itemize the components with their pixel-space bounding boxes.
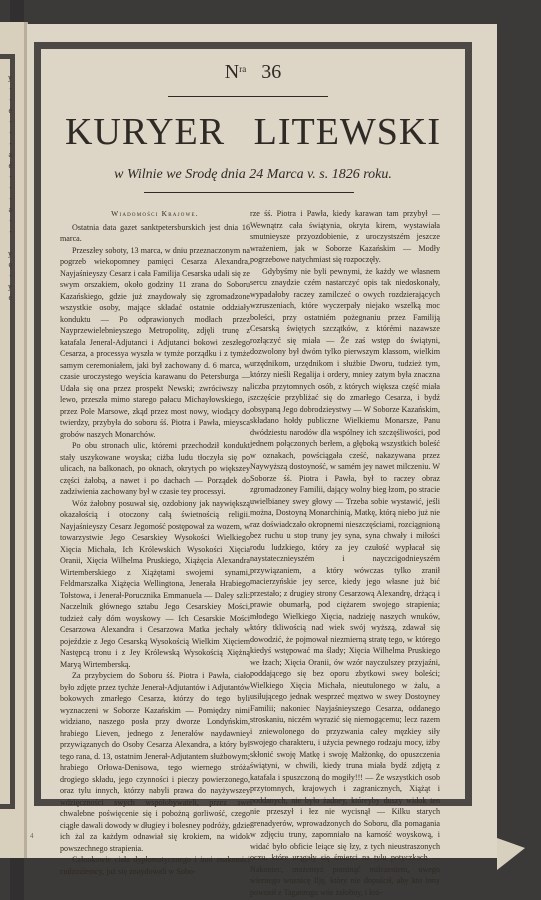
left-page-text-fragments: y - - é - - - a é - - - a - - y ę - y é <box>0 72 12 303</box>
issue-number: Nra 36 <box>44 61 462 84</box>
masthead-rule-bottom <box>144 192 354 193</box>
issue-number-prefix: N <box>225 61 239 83</box>
column-left: Wiadomości Krajowe. Ostatnia data gazet … <box>60 208 250 877</box>
issue-number-sup: ra <box>239 64 246 74</box>
page-content: Nra 36 KURYER LITEWSKI w Wilnie we Srodę… <box>44 52 462 796</box>
paragraph: Po obu stronach ulic, któremi przechodzi… <box>60 440 250 498</box>
dateline: w Wilnie we Srodę dnia 24 Marca v. s. 18… <box>44 167 462 183</box>
paragraph: Wóz żałobny posuwał się, ozdobiony jak n… <box>60 498 250 671</box>
paragraph: Przeszłey soboty, 13 marca, w dniu przez… <box>60 245 250 441</box>
newspaper-title: KURYER LITEWSKI <box>44 110 462 154</box>
paragraph: rze śś. Piotra i Pawła, kiedy karawan ta… <box>250 208 440 266</box>
issue-number-value: 36 <box>261 61 281 83</box>
section-heading: Wiadomości Krajowe. <box>60 208 250 220</box>
masthead-rule-top <box>168 96 328 97</box>
paragraph: Członkowie ciała dyplomatycznego i inni … <box>60 854 250 877</box>
paragraph: Gdybyśmy nie byli pewnymi, że każdy we w… <box>250 266 440 899</box>
paragraph: Ostatnia data gazet sanktpetersburskich … <box>60 222 250 245</box>
adjacent-left-page: y - - é - - - a é - - - a - - y ę - y é <box>0 22 24 858</box>
paper-corner-tab <box>497 838 525 870</box>
page-mark: 4 <box>30 832 34 840</box>
column-right: rze śś. Piotra i Pawła, kiedy karawan ta… <box>250 208 440 898</box>
paragraph: Za przybyciem do Soboru śś. Piotra i Paw… <box>60 670 250 854</box>
